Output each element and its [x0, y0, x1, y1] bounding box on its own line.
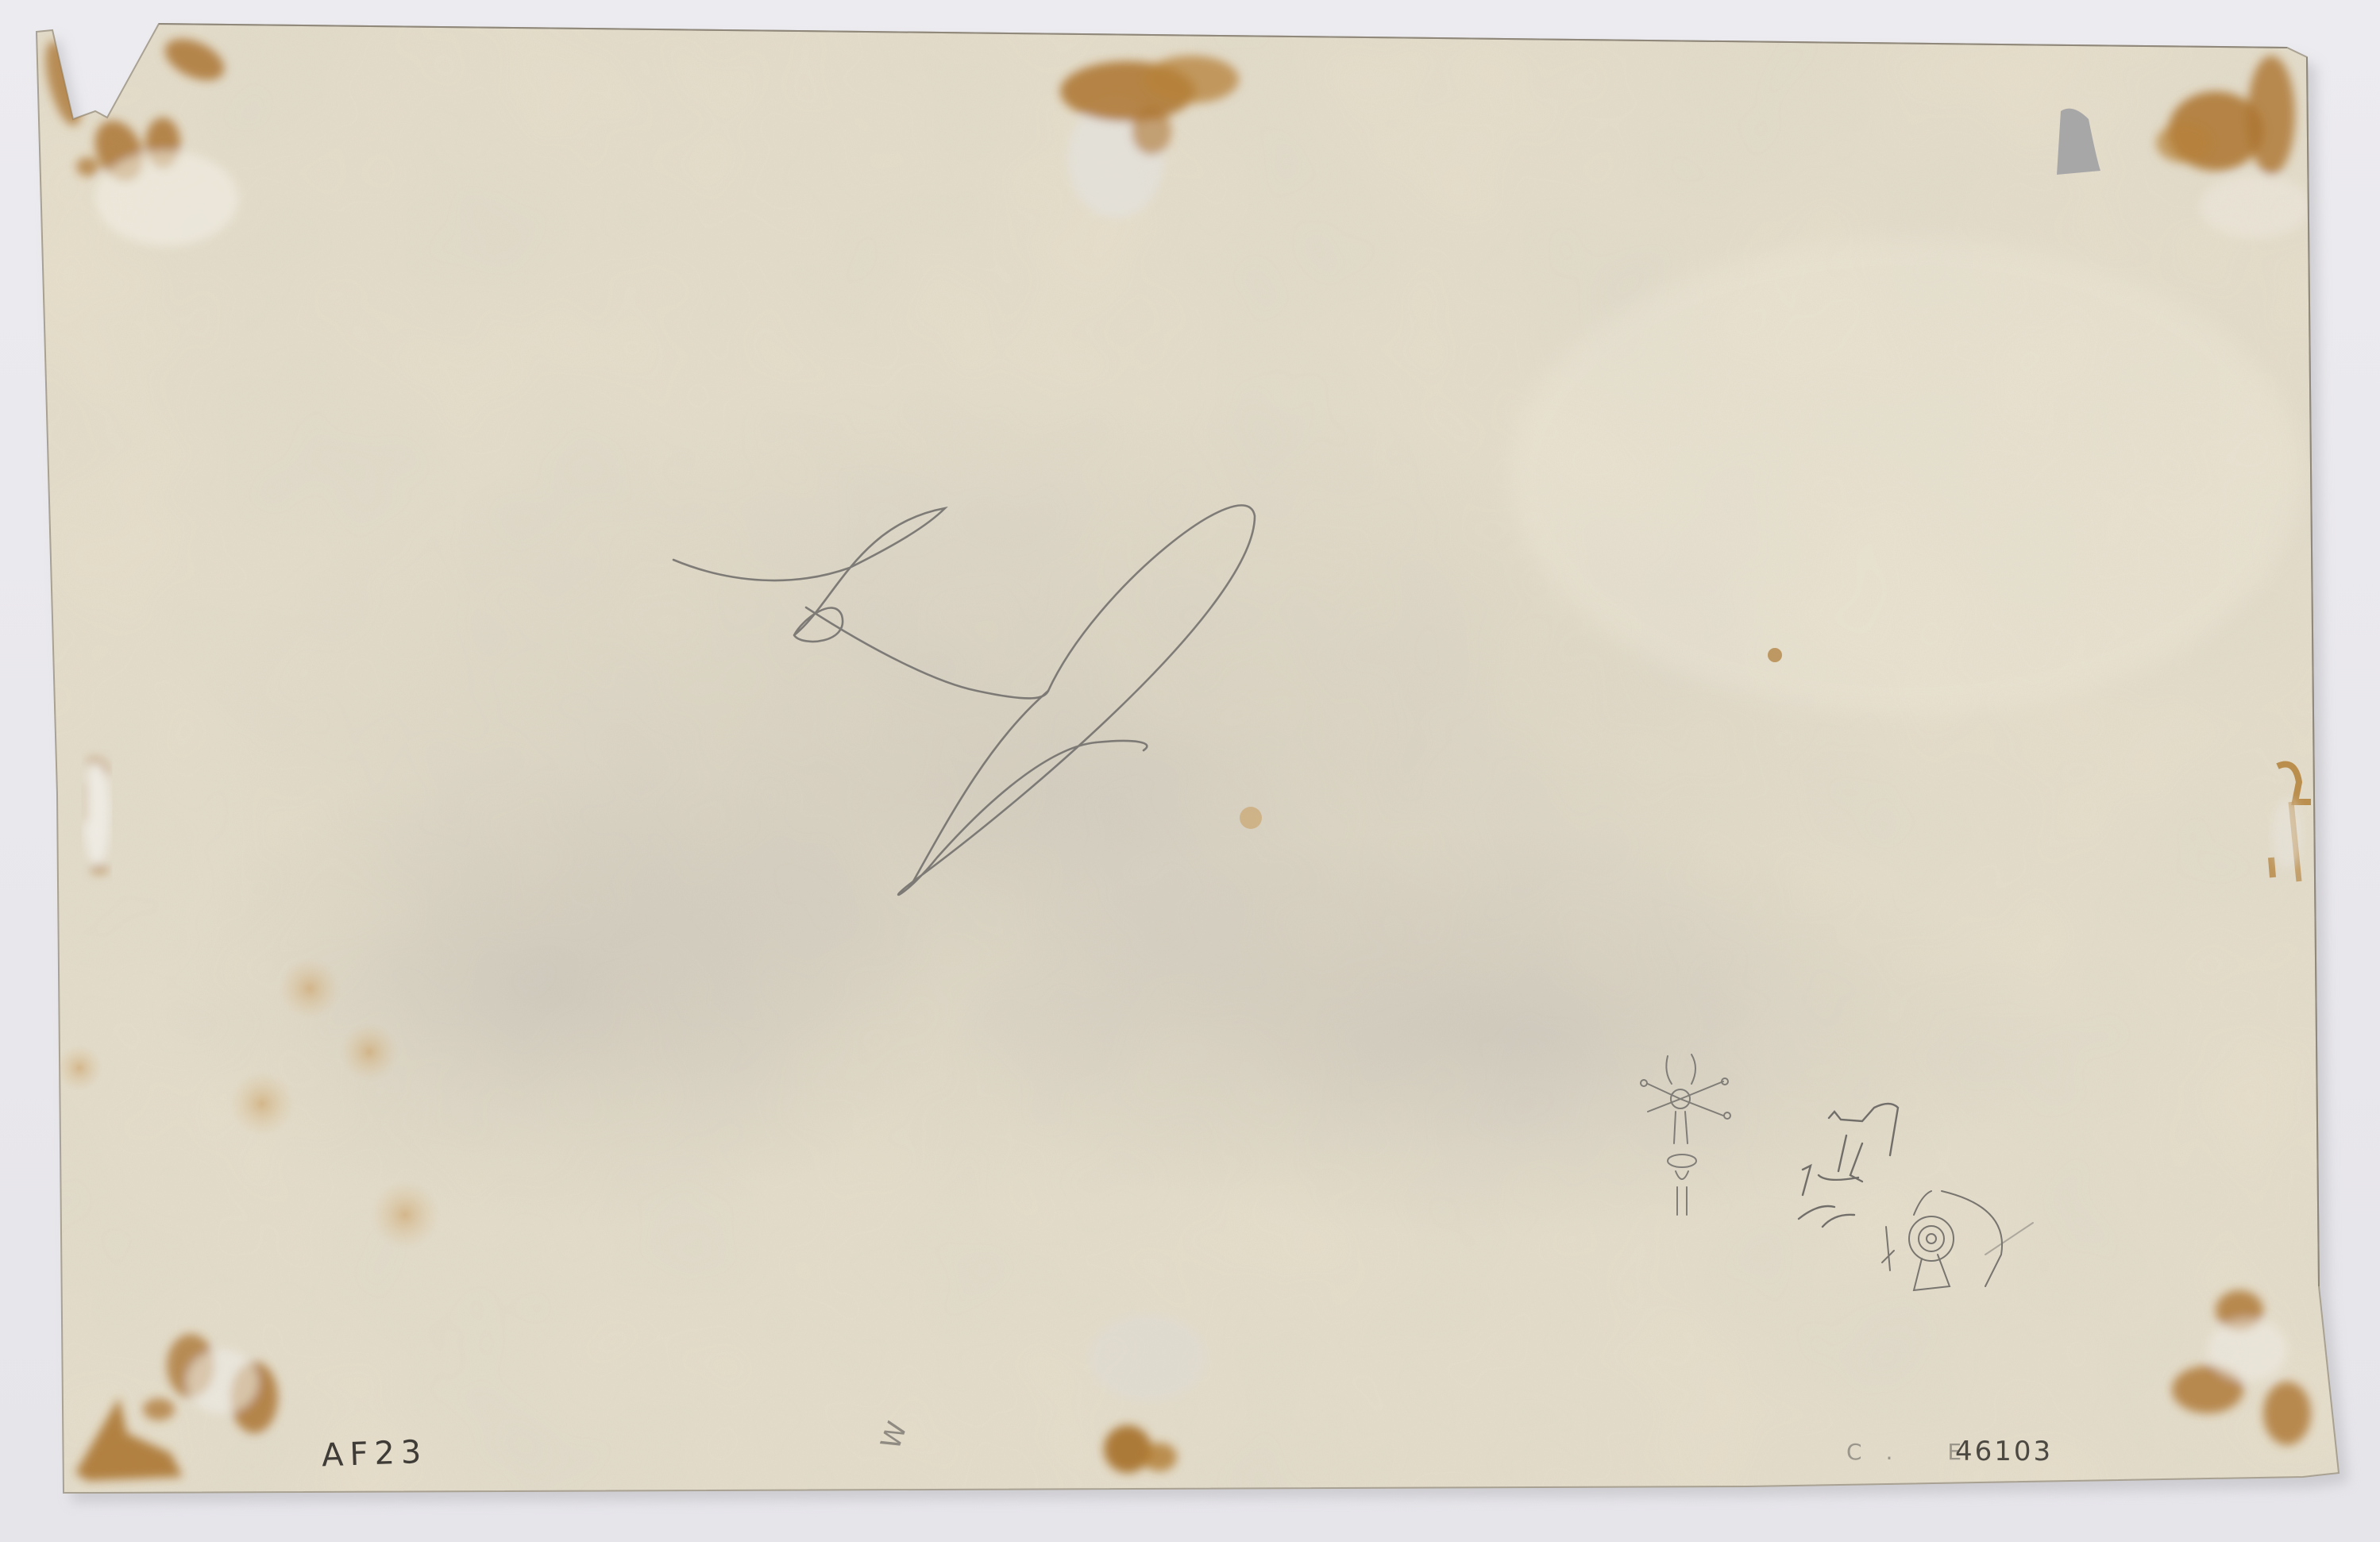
inventory-number: 46103	[1955, 1436, 2053, 1467]
inventory-mark-af23: AF23	[321, 1434, 428, 1475]
paper-sheet	[0, 0, 2380, 1542]
photo-scene: AF23 W C. E 46103	[0, 0, 2380, 1542]
